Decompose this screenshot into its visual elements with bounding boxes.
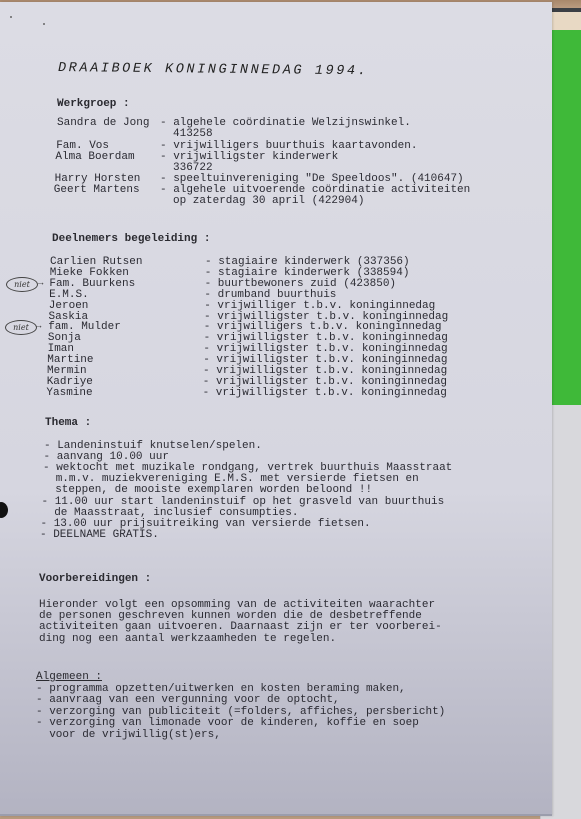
voorbereidingen-line: activiteiten gaan uitvoeren. Daarnaast z…	[39, 622, 442, 633]
thema-line: - aanvang 10.00 uur	[44, 452, 169, 463]
arrow-icon: →	[36, 321, 41, 332]
deelnemer-name: Kadriye	[47, 377, 93, 388]
handwritten-annotation: niet	[6, 277, 38, 292]
werkgroep-member-role: - algehele uitvoerende coördinatie activ…	[160, 185, 470, 196]
voorbereidingen-line: ding nog een aantal werkzaamheden te reg…	[39, 634, 336, 645]
werkgroep-member-name: Harry Horsten	[55, 174, 141, 185]
thema-line: - Landeninstuif knutselen/spelen.	[44, 441, 262, 452]
deelnemer-name: Fam. Buurkens	[49, 279, 135, 290]
document-title: DRAAIBOEK KONINGINNEDAG 1994.	[58, 64, 368, 78]
thema-line: steppen, de mooiste exemplaren worden be…	[42, 485, 372, 496]
algemeen-line: - programma opzetten/uitwerken en kosten…	[36, 684, 406, 695]
voorbereidingen-heading: Voorbereidingen :	[39, 574, 151, 585]
punch-hole	[0, 502, 8, 518]
werkgroep-member-name: Fam. Vos	[56, 141, 109, 152]
voorbereidingen-line: de personen geschreven kunnen worden die…	[39, 611, 422, 622]
arrow-icon: →	[38, 278, 43, 289]
speck	[43, 23, 45, 25]
thema-heading: Thema :	[45, 418, 91, 429]
thema-line: m.m.v. muziekvereniging E.M.S. met versi…	[43, 474, 419, 485]
deelnemer-name: Mermin	[47, 366, 87, 377]
werkgroep-member-extra: 336722	[173, 163, 213, 174]
deelnemer-role: - vrijwilligster t.b.v. koninginnedag	[203, 388, 447, 399]
werkgroep-member-role: - speeltuinvereniging "De Speeldoos". (4…	[160, 174, 464, 185]
werkgroep-member-role: - vrijwilligster kinderwerk	[160, 152, 338, 163]
werkgroep-member-role: - vrijwilligers buurthuis kaartavonden.	[160, 141, 417, 152]
deelnemer-name: Carlien Rutsen	[50, 257, 142, 268]
deelnemer-name: Yasmine	[46, 388, 92, 399]
deelnemer-role: - stagiaire kinderwerk (338594)	[205, 268, 410, 279]
werkgroep-member-extra: 413258	[173, 129, 213, 140]
thema-line: - wektocht met muzikale rondgang, vertre…	[43, 463, 452, 474]
werkgroep-heading: Werkgroep :	[57, 99, 130, 110]
thema-line: de Maasstraat, inclusief consumpties.	[41, 508, 298, 519]
document-page: DRAAIBOEK KONINGINNEDAG 1994. Werkgroep …	[0, 2, 552, 816]
handwritten-annotation: niet	[5, 320, 37, 335]
speck	[10, 16, 12, 18]
algemeen-heading: Algemeen :	[36, 672, 102, 683]
green-folder	[548, 30, 581, 430]
thema-line: - 13.00 uur prijsuitreiking van versierd…	[41, 519, 371, 530]
deelnemer-role: - vrijwilligster t.b.v. koninginnedag	[203, 377, 447, 388]
deelnemer-name: Mieke Fokken	[50, 268, 129, 279]
thema-line: - 11.00 uur start landeninstuif op het g…	[42, 497, 445, 508]
thema-line: - DEELNAME GRATIS.	[40, 530, 159, 541]
deelnemer-role: - buurtbewoners zuid (423850)	[205, 279, 396, 290]
algemeen-line: - aanvraag van een vergunning voor de op…	[36, 695, 340, 706]
deelnemer-name: E.M.S.	[49, 290, 89, 301]
deelnemers-heading: Deelnemers begeleiding :	[52, 234, 210, 245]
algemeen-line: voor de vrijwillig(st)ers,	[36, 730, 221, 741]
deelnemer-role: - vrijwilliger t.b.v. koninginnedag	[204, 301, 435, 312]
werkgroep-member-name: Alma Boerdam	[55, 152, 134, 163]
deelnemer-role: - drumband buurthuis	[204, 290, 336, 301]
voorbereidingen-line: Hieronder volgt een opsomming van de act…	[39, 600, 435, 611]
deelnemer-role: - stagiaire kinderwerk (337356)	[205, 257, 410, 268]
deelnemer-role: - vrijwilligster t.b.v. koninginnedag	[203, 366, 447, 377]
werkgroep-member-name: Sandra de Jong	[57, 118, 149, 129]
werkgroep-member-role: - algehele coördinatie Welzijnswinkel.	[160, 118, 411, 129]
deelnemer-name: Jeroen	[49, 301, 89, 312]
werkgroep-member-name: Geert Martens	[54, 185, 140, 196]
werkgroep-member-extra: op zaterdag 30 april (422904)	[173, 196, 364, 207]
algemeen-line: - verzorging van publiciteit (=folders, …	[36, 707, 445, 718]
algemeen-line: - verzorging van limonade voor de kinder…	[36, 718, 419, 729]
